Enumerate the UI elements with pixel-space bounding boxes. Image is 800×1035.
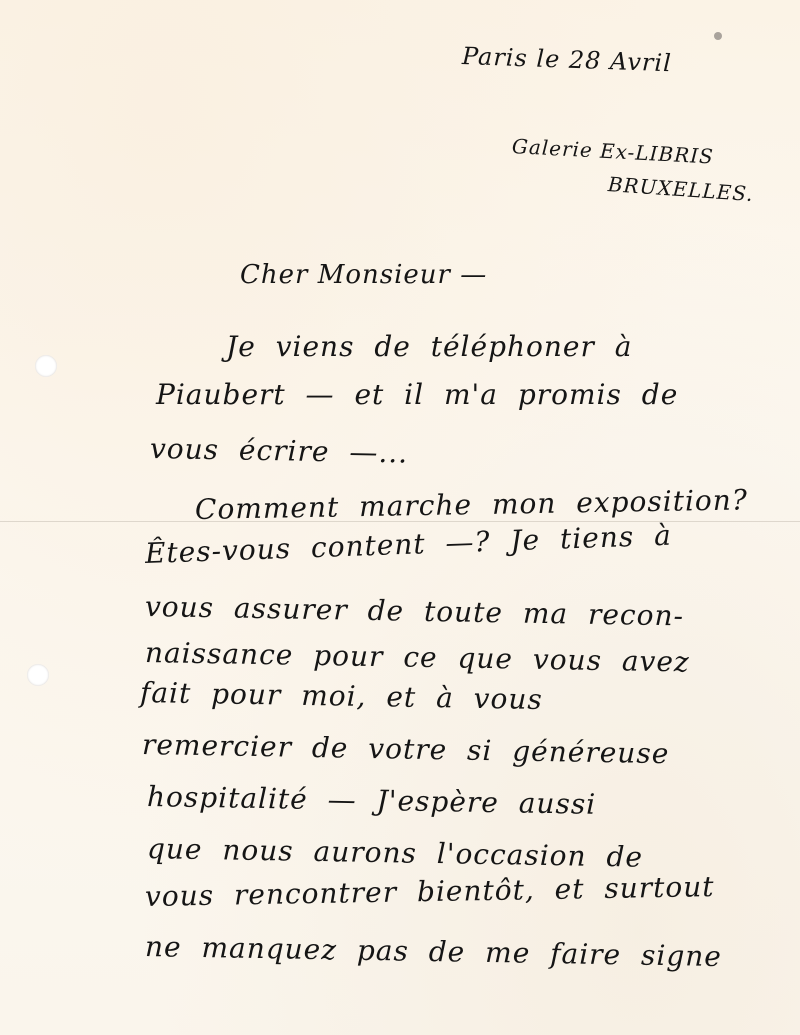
recipient-city: BRUXELLES. — [607, 172, 754, 206]
letter-line: hospitalité — J'espère aussi — [147, 780, 597, 821]
paper-speck — [714, 32, 722, 40]
salutation: Cher Monsieur — — [240, 260, 487, 290]
letter-line: ne manquez pas de me faire signe — [145, 930, 722, 973]
letter-line: vous écrire —... — [150, 432, 409, 470]
letter-line: fait pour moi, et à vous — [140, 676, 543, 716]
letter-line: remercier de votre si généreuse — [142, 728, 670, 770]
letter-line: vous rencontrer bientôt, et surtout — [145, 870, 715, 913]
letter-line: que nous aurons l'occasion de — [147, 832, 644, 874]
letter-line: Piaubert — et il m'a promis de — [156, 378, 678, 411]
letter-line: Je viens de téléphoner à — [226, 330, 632, 363]
punch-hole-top — [35, 355, 57, 377]
punch-hole-bottom — [27, 664, 49, 686]
dateline: Paris le 28 Avril — [462, 42, 673, 77]
letter-line: Êtes-vous content —? Je tiens à — [144, 519, 672, 570]
letter-line: vous assurer de toute ma recon- — [145, 590, 685, 632]
letter-page: Paris le 28 Avril Galerie Ex-LIBRIS BRUX… — [0, 0, 800, 1035]
recipient-gallery: Galerie Ex-LIBRIS — [511, 134, 714, 169]
letter-line: naissance pour ce que vous avez — [145, 636, 690, 679]
